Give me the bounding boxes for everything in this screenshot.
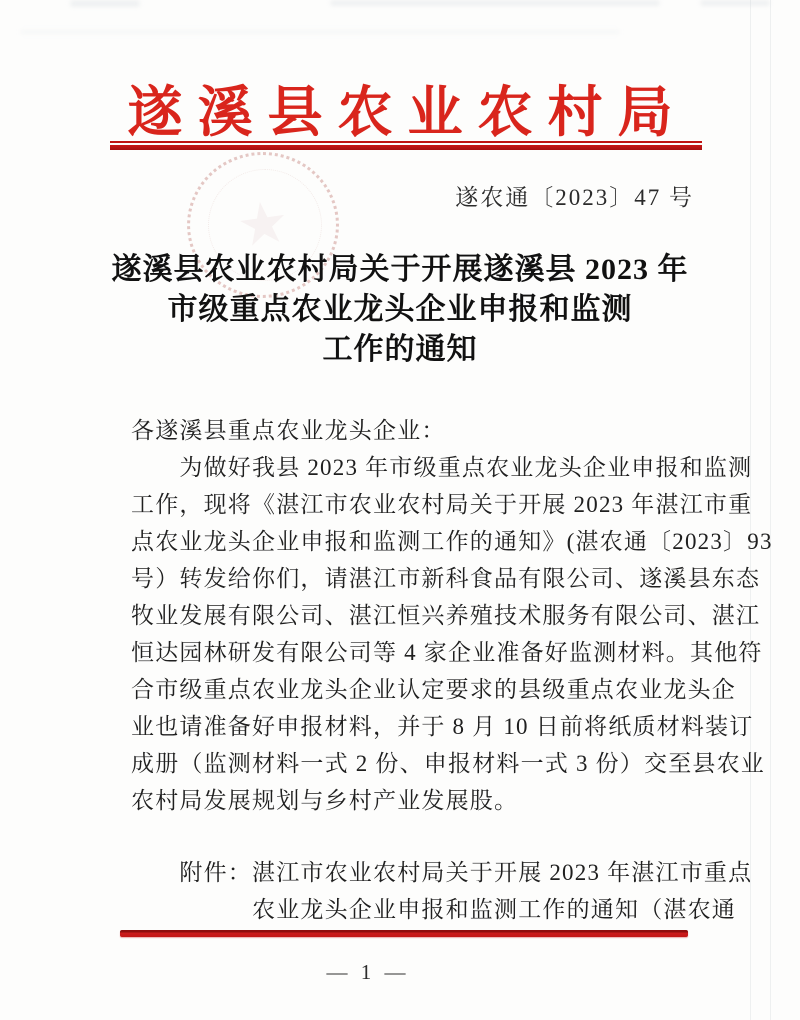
scan-artifact bbox=[330, 0, 660, 6]
body-text-line: 点农业龙头企业申报和监测工作的通知》(湛农通〔2023〕93 bbox=[131, 523, 679, 560]
attachment-text-line: 农业龙头企业申报和监测工作的通知（湛农通 bbox=[131, 891, 679, 928]
body-text-line: 成册（监测材料一式 2 份、申报材料一式 3 份）交至县农业 bbox=[131, 745, 679, 782]
body-text-line: 农村局发展规划与乡村产业发展股。 bbox=[131, 782, 679, 819]
body-text-line: 各遂溪县重点农业龙头企业： bbox=[131, 412, 679, 449]
scan-artifact bbox=[20, 30, 620, 34]
document-number: 遂农通〔2023〕47 号 bbox=[0, 179, 694, 212]
attachment-text-line: 附件：湛江市农业农村局关于开展 2023 年湛江市重点 bbox=[131, 854, 679, 891]
body-text-line: 为做好我县 2023 年市级重点农业龙头企业申报和监测 bbox=[131, 449, 679, 486]
scan-artifact bbox=[70, 0, 140, 7]
scanned-official-document: 遂溪县农业农村局 ★ 遂农通〔2023〕47 号 遂溪县农业农村局关于开展遂溪县… bbox=[0, 0, 800, 1020]
scan-artifact-line bbox=[770, 0, 771, 1020]
body-text-line: 牧业发展有限公司、湛江恒兴养殖技术服务有限公司、湛江 bbox=[131, 597, 679, 634]
document-title-line: 市级重点农业龙头企业申报和监测 bbox=[0, 290, 800, 330]
document-body: 各遂溪县重点农业龙头企业： 为做好我县 2023 年市级重点农业龙头企业申报和监… bbox=[131, 412, 679, 819]
document-title-line: 工作的通知 bbox=[0, 330, 800, 370]
document-title: 遂溪县农业农村局关于开展遂溪县 2023 年市级重点农业龙头企业申报和监测工作的… bbox=[0, 250, 800, 370]
scan-artifact bbox=[700, 0, 770, 6]
body-text-line: 合市级重点农业龙头企业认定要求的县级重点农业龙头企 bbox=[131, 671, 679, 708]
page-number: — 1 — bbox=[0, 960, 736, 985]
body-text-line: 工作，现将《湛江市农业农村局关于开展 2023 年湛江市重 bbox=[131, 486, 679, 523]
body-text-line: 恒达园林研发有限公司等 4 家企业准备好监测材料。其他符 bbox=[131, 634, 679, 671]
attachment-note: 附件：湛江市农业农村局关于开展 2023 年湛江市重点 农业龙头企业申报和监测工… bbox=[131, 854, 679, 928]
letterhead-red-rule bbox=[110, 141, 702, 150]
body-text-line: 号）转发给你们，请湛江市新科食品有限公司、遂溪县东态 bbox=[131, 560, 679, 597]
footer-red-rule bbox=[120, 930, 688, 937]
body-text-line: 业也请准备好申报材料，并于 8 月 10 日前将纸质材料装订 bbox=[131, 708, 679, 745]
agency-letterhead: 遂溪县农业农村局 bbox=[0, 68, 800, 147]
document-title-line: 遂溪县农业农村局关于开展遂溪县 2023 年 bbox=[0, 250, 800, 290]
